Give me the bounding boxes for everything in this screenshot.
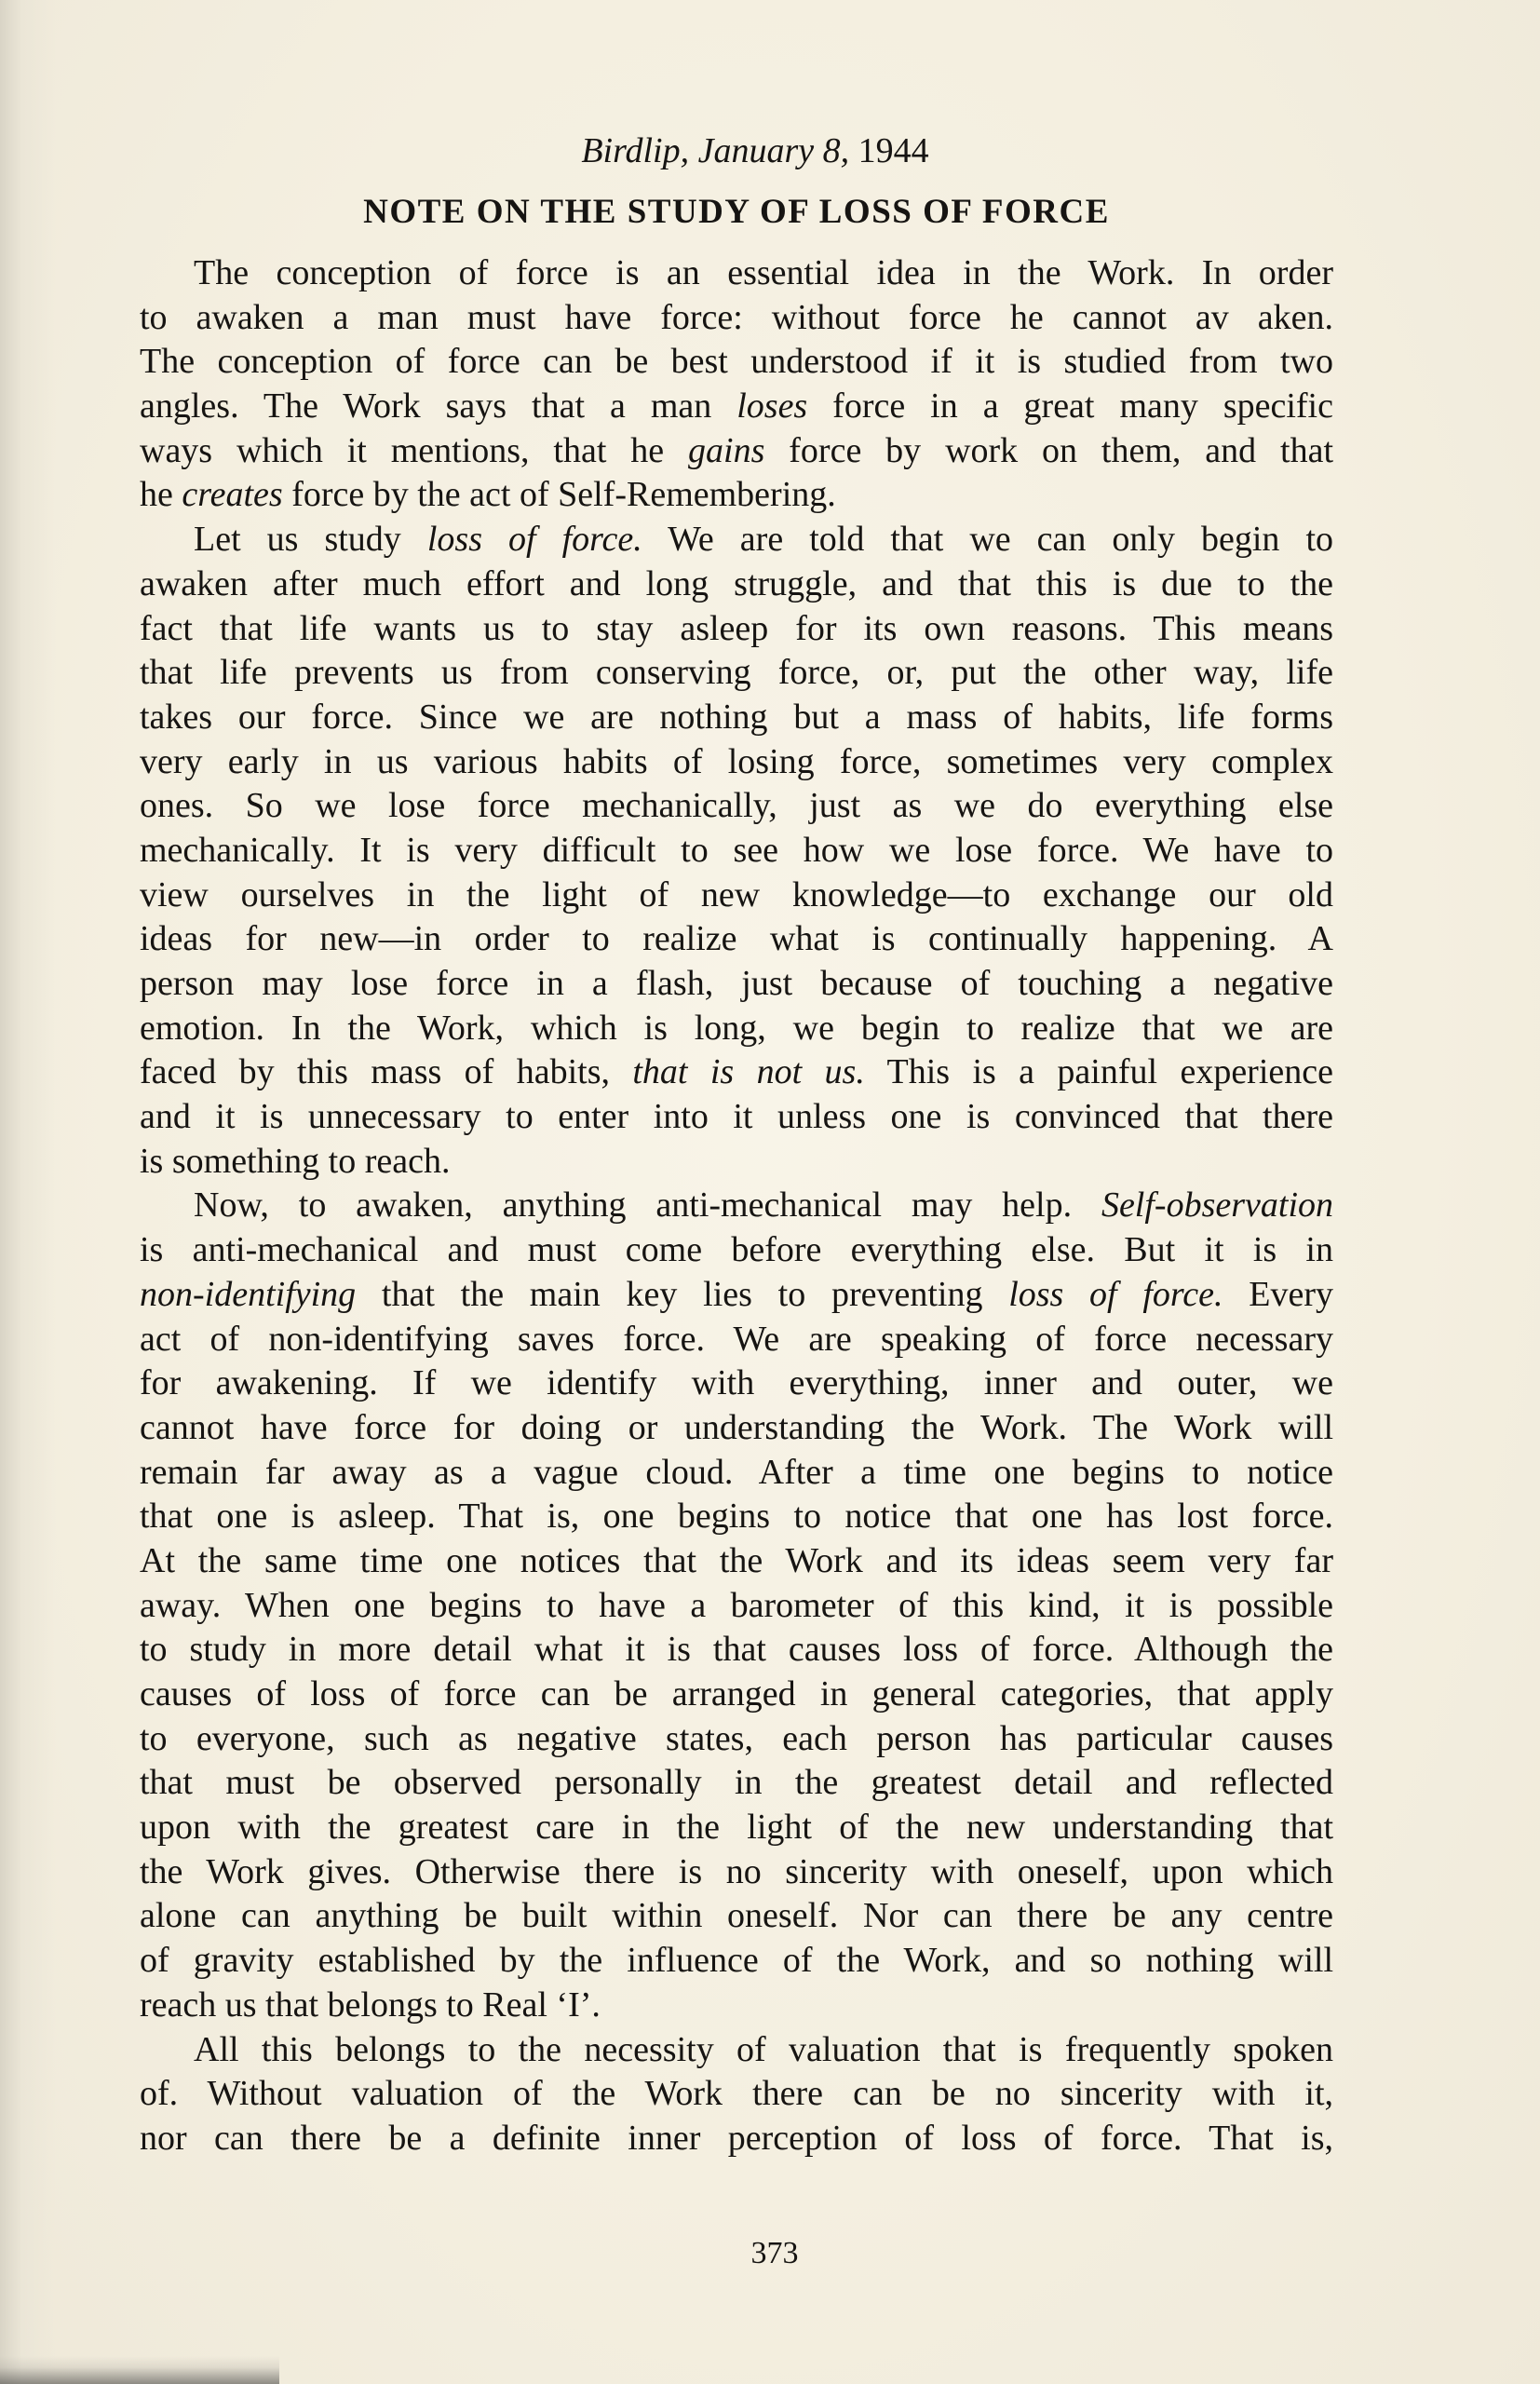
text-line: alone can anything be built within onese… <box>140 1894 1333 1939</box>
text-line: view ourselves in the light of new knowl… <box>140 874 1333 918</box>
dateline-place: Birdlip, <box>581 131 689 170</box>
text-line: Now, to awaken, anything anti-mechanical… <box>140 1184 1333 1228</box>
text-line: Let us study loss of force. We are told … <box>140 518 1333 562</box>
italic-emphasis: loss of force. <box>427 520 642 559</box>
dateline-date: January 8, <box>698 131 850 170</box>
paragraph: Now, to awaken, anything anti-mechanical… <box>140 1184 1333 2027</box>
text-block: Birdlip, January 8, 1944 NOTE ON THE STU… <box>140 130 1333 2161</box>
text-line: of gravity established by the influence … <box>140 1939 1333 1984</box>
text-line: mechanically. It is very difficult to se… <box>140 829 1333 874</box>
text-line: emotion. In the Work, which is long, we … <box>140 1007 1333 1051</box>
text-line: takes our force. Since we are nothing bu… <box>140 696 1333 740</box>
text-line: non-identifying that the main key lies t… <box>140 1273 1333 1318</box>
page-number: 373 <box>0 2235 1540 2272</box>
body-text: The conception of force is an essential … <box>140 251 1333 2161</box>
text-line: reach us that belongs to Real ‘I’. <box>140 1984 1333 2028</box>
text-line: The conception of force can be best unde… <box>140 340 1333 385</box>
text-line: awaken after much effort and long strugg… <box>140 562 1333 607</box>
text-line: he creates force by the act of Self-Reme… <box>140 473 1333 518</box>
text-line: for awakening. If we identify with every… <box>140 1361 1333 1406</box>
dateline: Birdlip, January 8, 1944 <box>140 130 1333 171</box>
text-line: to everyone, such as negative states, ea… <box>140 1717 1333 1762</box>
text-line: is anti-mechanical and must come before … <box>140 1228 1333 1273</box>
text-line: is something to reach. <box>140 1140 1333 1185</box>
text-line: cannot have force for doing or understan… <box>140 1406 1333 1451</box>
text-line: and it is unnecessary to enter into it u… <box>140 1095 1333 1140</box>
text-line: The conception of force is an essential … <box>140 251 1333 296</box>
chapter-title: NOTE ON THE STUDY OF LOSS OF FORCE <box>140 190 1333 235</box>
italic-emphasis: loses <box>736 386 807 426</box>
italic-emphasis: creates <box>182 475 282 514</box>
text-line: that life prevents us from conserving fo… <box>140 651 1333 696</box>
text-line: ideas for new—in order to realize what i… <box>140 917 1333 962</box>
text-line: fact that life wants us to stay asleep f… <box>140 607 1333 652</box>
paragraph: All this belongs to the necessity of val… <box>140 2028 1333 2161</box>
text-line: away. When one begins to have a baromete… <box>140 1584 1333 1629</box>
text-line: very early in us various habits of losin… <box>140 740 1333 785</box>
text-line: nor can there be a definite inner percep… <box>140 2117 1333 2161</box>
book-page: Birdlip, January 8, 1944 NOTE ON THE STU… <box>0 0 1540 2384</box>
text-line: the Work gives. Otherwise there is no si… <box>140 1850 1333 1895</box>
text-line: to awaken a man must have force: without… <box>140 296 1333 341</box>
text-line: causes of loss of force can be arranged … <box>140 1673 1333 1717</box>
dateline-year: 1944 <box>858 131 929 170</box>
italic-emphasis: Self-observation <box>1101 1185 1333 1225</box>
text-line: that one is asleep. That is, one begins … <box>140 1495 1333 1539</box>
text-line: act of non-identifying saves force. We a… <box>140 1318 1333 1362</box>
text-line: faced by this mass of habits, that is no… <box>140 1050 1333 1095</box>
text-line: that must be observed personally in the … <box>140 1761 1333 1806</box>
text-line: angles. The Work says that a man loses f… <box>140 385 1333 429</box>
text-line: person may lose force in a flash, just b… <box>140 962 1333 1007</box>
text-line: upon with the greatest care in the light… <box>140 1806 1333 1850</box>
text-line: At the same time one notices that the Wo… <box>140 1539 1333 1584</box>
italic-emphasis: gains <box>688 431 764 470</box>
text-line: ones. So we lose force mechanically, jus… <box>140 784 1333 829</box>
text-line: of. Without valuation of the Work there … <box>140 2072 1333 2117</box>
text-line: remain far away as a vague cloud. After … <box>140 1451 1333 1496</box>
spine-shadow <box>0 0 56 2384</box>
text-line: ways which it mentions, that he gains fo… <box>140 429 1333 474</box>
italic-emphasis: non-identifying <box>140 1275 356 1314</box>
text-line: All this belongs to the necessity of val… <box>140 2028 1333 2073</box>
paragraph: Let us study loss of force. We are told … <box>140 518 1333 1184</box>
page-edge-shadow <box>0 2356 279 2384</box>
text-line: to study in more detail what it is that … <box>140 1628 1333 1673</box>
paragraph: The conception of force is an essential … <box>140 251 1333 518</box>
italic-emphasis: loss of force. <box>1008 1275 1223 1314</box>
italic-emphasis: that is not us. <box>632 1052 864 1091</box>
